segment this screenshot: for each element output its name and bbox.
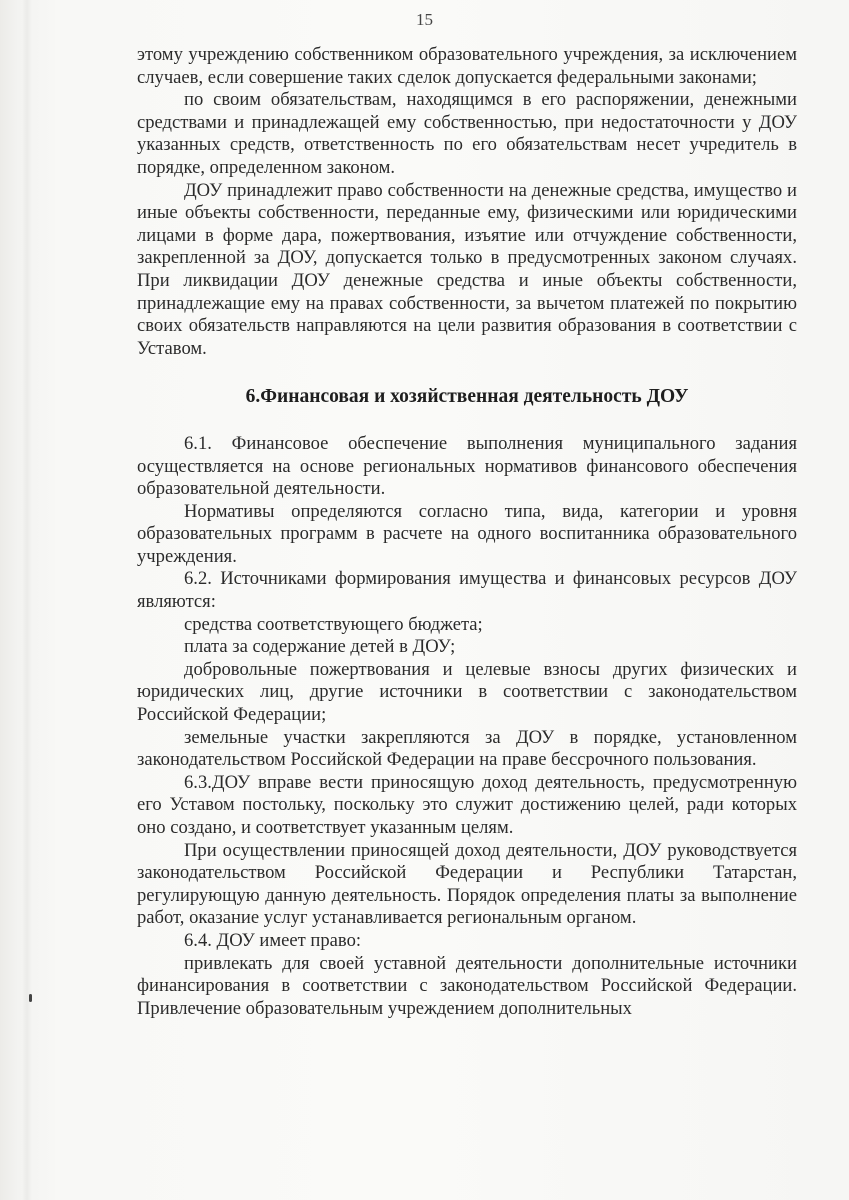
paragraph: по своим обязательствам, находящимся в е… [137, 89, 797, 179]
list-item: средства соответствующего бюджета; [137, 614, 797, 637]
paragraph: ДОУ принадлежит право собственности на д… [137, 180, 797, 361]
scanned-page: 15 этому учреждению собственником образо… [0, 0, 849, 1200]
paragraph: При осуществлении приносящей доход деяте… [137, 840, 797, 930]
paragraph: привлекать для своей уставной деятельнос… [137, 953, 797, 1021]
paragraph: этому учреждению собственником образоват… [137, 44, 797, 89]
paragraph: 6.3.ДОУ вправе вести приносящую доход де… [137, 772, 797, 840]
document-body: этому учреждению собственником образоват… [137, 44, 797, 1020]
list-item: земельные участки закрепляются за ДОУ в … [137, 727, 797, 772]
paragraphs-after-heading: 6.1. Финансовое обеспечение выполнения м… [137, 433, 797, 1020]
paragraphs-before-heading: этому учреждению собственником образоват… [137, 44, 797, 360]
paragraph: Нормативы определяются согласно типа, ви… [137, 501, 797, 569]
page-fold-shadow [22, 0, 32, 1200]
page-number: 15 [0, 10, 849, 30]
list-item: плата за содержание детей в ДОУ; [137, 636, 797, 659]
section-heading: 6.Финансовая и хозяйственная деятельност… [137, 386, 797, 409]
scan-speck [29, 994, 32, 1002]
paragraph: 6.4. ДОУ имеет право: [137, 930, 797, 953]
paragraph: 6.1. Финансовое обеспечение выполнения м… [137, 433, 797, 501]
list-item: добровольные пожертвования и целевые взн… [137, 659, 797, 727]
paragraph: 6.2. Источниками формирования имущества … [137, 568, 797, 613]
